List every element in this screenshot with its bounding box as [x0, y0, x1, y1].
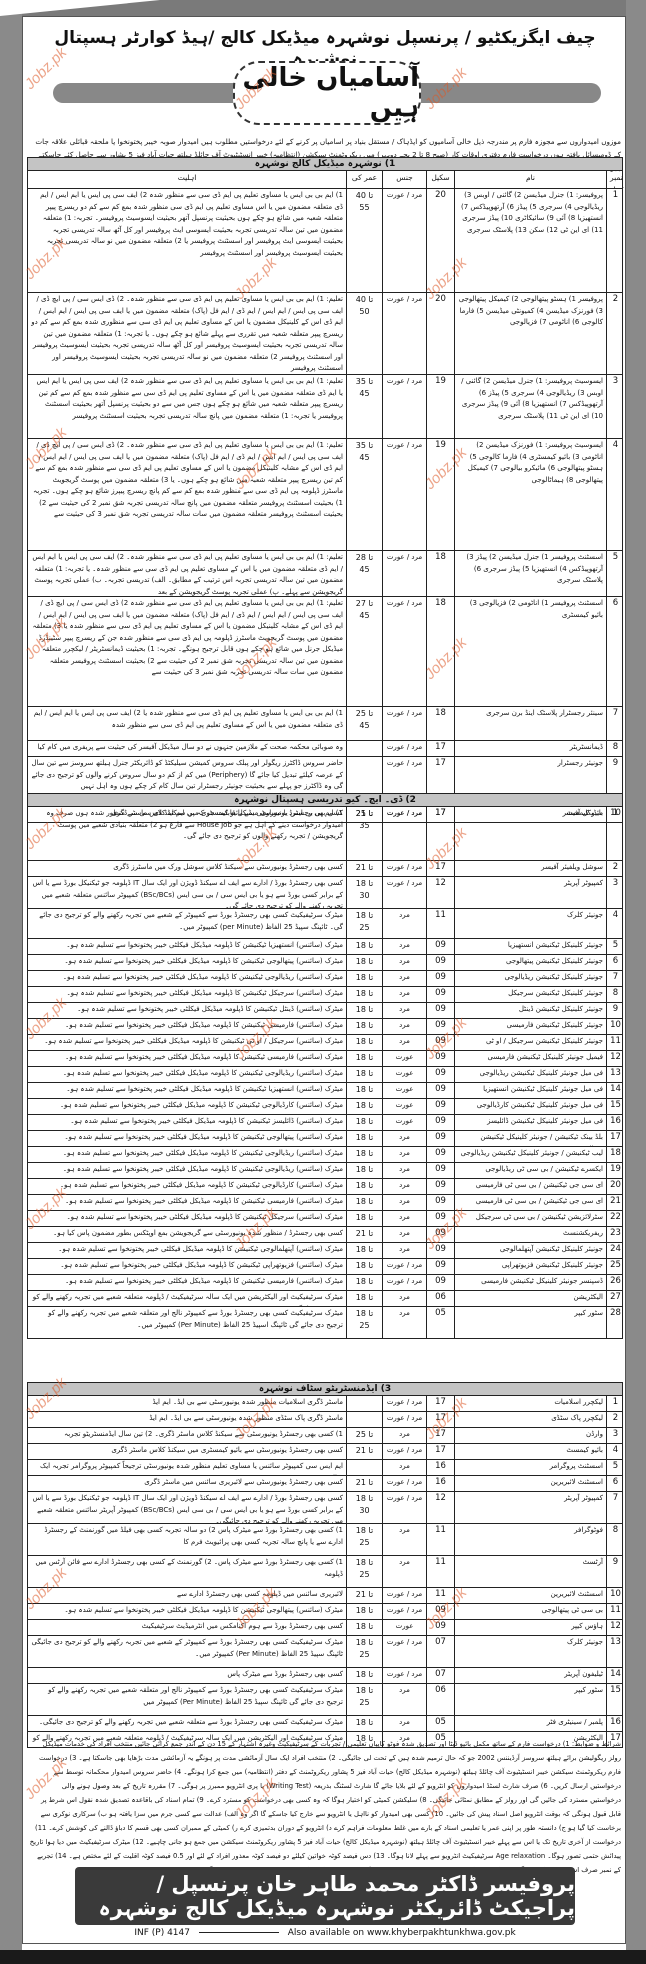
cell-gender: مرد: [382, 987, 426, 1002]
cell-name: فی میل جونیئر کلینیکل ٹیکنیشن ریڈیالوجی: [454, 1067, 606, 1082]
table-row: میٹرک (سائنس) ریڈیالوجی ٹیکنیشن کا ڈپلوم…: [27, 971, 623, 987]
cell-age: 18 تا 30: [346, 1275, 382, 1290]
cell-gender: مرد / عورت: [382, 375, 426, 438]
cell-eligibility: میٹرک (سائنس) پیتھالوجی ٹیکنیشن کا ڈپلوم…: [28, 1131, 346, 1146]
cell-bps: 09: [426, 955, 454, 970]
cell-name: کمپیوٹر آپریٹر: [454, 1492, 606, 1523]
cell-name: جونیئر کلینیکل ٹیکنیشن ڈینٹل: [454, 1003, 606, 1018]
cell-bps: 17: [426, 1444, 454, 1459]
table-row: ایم ایس سی کمپیوٹر سائنس یا مساوی تعلیم …: [27, 1460, 623, 1476]
cell-bps: 09: [426, 987, 454, 1002]
cell-name: جونیئر کلینیکل ٹیکنیشن فزیوتھراپی: [454, 1259, 606, 1274]
divider: [199, 1932, 279, 1933]
cell-bps: 09: [426, 1003, 454, 1018]
cell-gender: مرد: [382, 1291, 426, 1306]
cell-eligibility: میٹرک سرٹیفیکیٹ کسی بھی رجسٹرڈ بورڈ سے ک…: [28, 1307, 346, 1338]
cell-age: 18 تا 30: [346, 1604, 382, 1619]
table-row: میٹرک سرٹیفیکیٹ کسی بھی رجسٹرڈ بورڈ سے م…: [27, 1716, 623, 1732]
cell-bps: 18: [426, 707, 454, 740]
cell-name: جونیئر کلینیکل ٹیکنیشن سرجیکل: [454, 987, 606, 1002]
cell-name: ڈیمانسٹریٹر: [454, 741, 606, 756]
cell-bps: 11: [426, 1524, 454, 1555]
cell-no: 5: [606, 551, 624, 596]
cell-age: 21 تا 30: [346, 861, 382, 876]
cell-age: 18 تا 30: [346, 1115, 382, 1130]
cell-eligibility: میٹرک (سائنس) پیتھالوجی ٹیکنیشن کا ڈپلوم…: [28, 1604, 346, 1619]
table-row: وہ صوبائی محکمہ صحت کے ملازمین جنہوں نے …: [27, 741, 623, 757]
cell-gender: عورت: [382, 1083, 426, 1098]
table-row: تعلیم: 1) ایم بی بی ایس یا مساوی تعلیم پ…: [27, 597, 623, 707]
table-row: میٹرک (سائنس) پیتھالوجی ٹیکنیشن کا ڈپلوم…: [27, 1131, 623, 1147]
cell-bps: 09: [426, 1083, 454, 1098]
cell-gender: مرد / عورت: [382, 1275, 426, 1290]
cell-no: 1: [606, 189, 624, 292]
cell-gender: عورت: [382, 1051, 426, 1066]
cell-age: 18 تا 30: [346, 1003, 382, 1018]
cell-bps: 09: [426, 939, 454, 954]
cell-name: لیکچرر پاک سٹڈی: [454, 1412, 606, 1427]
cell-eligibility: تعلیم: 1) ایم بی بی ایس یا مساوی تعلیم پ…: [28, 439, 346, 550]
cell-eligibility: میٹرک (سائنس) پیتھالوجی ٹیکنیشن کا ڈپلوم…: [28, 955, 346, 970]
table-row: 1) کسی بھی رجسٹرڈ بورڈ سے میٹرک پاس 2) د…: [27, 1524, 623, 1556]
cell-eligibility: تعلیم: 1) ایم بی بی ایس یا مساوی تعلیم پ…: [28, 551, 346, 596]
cell-no: 1: [606, 1396, 624, 1411]
cell-name: اسسٹنٹ لائبریرین: [454, 1588, 606, 1603]
cell-bps: 09: [426, 1147, 454, 1162]
cell-bps: 11: [426, 909, 454, 938]
cell-gender: عورت: [382, 1115, 426, 1130]
cell-age: 21 تا 28: [346, 1227, 382, 1242]
table-row: میٹرک (سائنس) ریڈیالوجی ٹیکنیشن کا ڈپلوم…: [27, 1163, 623, 1179]
cell-no: 8: [606, 1524, 624, 1555]
cell-name: بائیو کیمسٹ: [454, 1444, 606, 1459]
cell-no: 11: [606, 1604, 624, 1619]
cell-bps: 09: [426, 971, 454, 986]
cell-no: 22: [606, 1211, 624, 1226]
cell-bps: 16: [426, 1476, 454, 1491]
section-header: 2) ڈی۔ ایچ۔ کیو تدریسی ہسپتال نوشہرہ: [27, 793, 623, 807]
table-row: میٹرک سرٹیفیکیٹ اور الیکٹریشن میں ایک سا…: [27, 1291, 623, 1307]
cell-gender: مرد: [382, 1307, 426, 1338]
cell-name: فی میل جونیئر کلینیکل ٹیکنیشن کارڈیالوجی: [454, 1099, 606, 1114]
table-row: میٹرک (سائنس) ڈینٹل ٹیکنیشن کا ڈپلومہ می…: [27, 1003, 623, 1019]
availability-link[interactable]: Also available on www.khyberpakhtunkhwa.…: [288, 1928, 516, 1938]
cell-eligibility: 1) کسی بھی رجسٹرڈ بورڈ سے میٹرک پاس۔ 2) …: [28, 1556, 346, 1587]
cell-bps: 07: [426, 1668, 454, 1683]
cell-age: 18 تا 30: [346, 1211, 382, 1226]
cell-age: 18 تا 30: [346, 1179, 382, 1194]
cell-eligibility: کسی بھی رجسٹرڈ بورڈ / ادارے سے ایف اے سی…: [28, 877, 346, 908]
cell-gender: مرد: [382, 971, 426, 986]
table-row: 1) ایم بی بی ایس یا مساوی تعلیم پی ایم ڈ…: [27, 189, 623, 293]
cell-name: سٹرلائزیشن ٹیکنیشن / بی سی ٹی سرجیکل: [454, 1211, 606, 1226]
cell-age: 18 تا 30: [346, 1716, 382, 1731]
cell-name: فوٹوگرافر: [454, 1524, 606, 1555]
cell-age: 18 تا 30: [346, 1259, 382, 1274]
column-header-row: اہلیتعمر کی حدجنسسکیلنامنمبر شمار: [27, 171, 623, 189]
cell-eligibility: میٹرک سرٹیفیکیٹ اور الیکٹریشن میں ایک سا…: [28, 1291, 346, 1306]
cell-bps: 17: [426, 1412, 454, 1427]
table-row: میٹرک (سائنس) کارڈیالوجی ٹیکنیشن کا ڈپلو…: [27, 1179, 623, 1195]
cell-eligibility: تعلیم: 1) ایم بی بی ایس یا مساوی تعلیم پ…: [28, 293, 346, 374]
cell-bps: 09: [426, 1115, 454, 1130]
cell-no: 7: [606, 707, 624, 740]
cell-name: میڈیکل آفیسر: [454, 807, 606, 860]
cell-no: 8: [606, 741, 624, 756]
cell-eligibility: میٹرک سرٹیفیکیٹ کسی بھی رجسٹرڈ بورڈ سے ک…: [28, 1636, 346, 1667]
table-row: تعلیم: 1) ایم بی بی ایس یا مساوی تعلیم پ…: [27, 375, 623, 439]
cell-eligibility: میٹرک (سائنس) انستھیزیا ٹیکنیشن کا ڈپلوم…: [28, 1083, 346, 1098]
cell-name: کمپیوٹر آپریٹر: [454, 877, 606, 908]
cell-eligibility: 1) کسی بھی رجسٹرڈ یونیورسٹی سے سیکنڈ کلا…: [28, 1428, 346, 1443]
cell-no: 5: [606, 1460, 624, 1475]
cell-gender: مرد / عورت: [382, 861, 426, 876]
cell-no: 5: [606, 939, 624, 954]
cell-bps: 19: [426, 439, 454, 550]
cell-no: 25: [606, 1259, 624, 1274]
cell-bps: 09: [426, 1227, 454, 1242]
cell-no: 28: [606, 1307, 624, 1338]
cell-gender: مرد / عورت: [382, 1259, 426, 1274]
table-row: ماسٹر ڈگری اسلامیات منظور شدہ یونیورسٹی …: [27, 1396, 623, 1412]
cell-age: 18 تا 30: [346, 939, 382, 954]
cell-age: 18 تا 30: [346, 1083, 382, 1098]
cell-bps: 05: [426, 1307, 454, 1338]
cell-gender: مرد: [382, 1131, 426, 1146]
header-bps: سکیل: [426, 171, 454, 188]
cell-name: جونیئر کلرک: [454, 909, 606, 938]
cell-age: 18 تا 30: [346, 955, 382, 970]
cell-gender: مرد / عورت: [382, 439, 426, 550]
cell-eligibility: میٹرک (سائنس) آپتھلمالوجی ٹیکنیشن کا ڈپل…: [28, 1243, 346, 1258]
cell-name: فیمیل جونیئر کلینیکل ٹیکنیشن فارمیسی: [454, 1051, 606, 1066]
cell-eligibility: میٹرک (سائنس) ڈائلیسز ٹیکنیشن کا ڈپلومہ …: [28, 1115, 346, 1130]
table-row: 1) کسی بھی رجسٹرڈ یونیورسٹی سے سیکنڈ کلا…: [27, 1428, 623, 1444]
table-row: کسی بھی رجسٹرڈ بورڈ / ادارے سے ایف اے سی…: [27, 1492, 623, 1524]
cell-name: اسسٹنٹ پروگرامر: [454, 1460, 606, 1475]
cell-no: 11: [606, 1035, 624, 1050]
cell-no: 7: [606, 1492, 624, 1523]
cell-name: جونیئر کلینیکل ٹیکنیشن انستھیزیا: [454, 939, 606, 954]
cell-name: ڈسپنسر جونیئر کلینیکل ٹیکنیشن فارمیسی: [454, 1275, 606, 1290]
cell-bps: 18: [426, 597, 454, 706]
cell-bps: 09: [426, 1211, 454, 1226]
cell-bps: 09: [426, 1051, 454, 1066]
cell-no: 3: [606, 1428, 624, 1443]
table-row: میٹرک (سائنس) ریڈیالوجی ٹیکنیشن کا ڈپلوم…: [27, 1147, 623, 1163]
cell-no: 3: [606, 375, 624, 438]
table-row: کسی بھی رجسٹرڈ / منظور شدہ یونیورسٹی سے …: [27, 1227, 623, 1243]
cell-no: 6: [606, 955, 624, 970]
cell-no: 15: [606, 1099, 624, 1114]
cell-name: جونیئر کلینیکل ٹیکنیشن ریڈیالوجی: [454, 971, 606, 986]
cell-bps: 11: [426, 1588, 454, 1603]
cell-gender: مرد / عورت: [382, 1588, 426, 1603]
cell-no: 23: [606, 1227, 624, 1242]
cell-name: لیکچرر اسلامیات: [454, 1396, 606, 1411]
cell-eligibility: کسی بھی رجسٹرڈ یونیورسٹی سے بائیو کیمسٹر…: [28, 1444, 346, 1459]
cell-name: پروفیسر: 1) جنرل میڈیسن 2) گائنی / اوبس …: [454, 189, 606, 292]
cell-bps: 12: [426, 877, 454, 908]
cell-name: سٹور کیپر: [454, 1307, 606, 1338]
cell-no: 2: [606, 1412, 624, 1427]
cell-bps: 09: [426, 1620, 454, 1635]
cell-eligibility: ایم ایس سی کمپیوٹر سائنس یا مساوی تعلیم …: [28, 1460, 346, 1475]
cell-name: سوشل ویلفیئر آفیسر: [454, 861, 606, 876]
cell-gender: مرد: [382, 1460, 426, 1475]
cell-eligibility: میٹرک (سائنس) فارمیسی ٹیکنیشن کا ڈپلومہ …: [28, 1051, 346, 1066]
cell-eligibility: میٹرک (سائنس) ریڈیالوجی ٹیکنیشن کا ڈپلوم…: [28, 1163, 346, 1178]
cell-age: 40 تا 55: [346, 189, 382, 292]
cell-no: 14: [606, 1083, 624, 1098]
cell-name: ٹیلیفون آپریٹر: [454, 1668, 606, 1683]
header-no: نمبر شمار: [606, 171, 624, 188]
table-row: میٹرک (سائنس) فارمیسی ٹیکنیشن کا ڈپلومہ …: [27, 1275, 623, 1291]
cell-name: ہاؤس کیپر: [454, 1620, 606, 1635]
cell-no: 27: [606, 1291, 624, 1306]
cell-gender: مرد / عورت: [382, 1636, 426, 1667]
cell-eligibility: کسی بھی رجسٹرڈ بورڈ سے میٹرک پاس: [28, 1668, 346, 1683]
cell-name: پلمبر / سینیٹری فٹر: [454, 1716, 606, 1731]
cell-eligibility: 1) ایم بی بی ایس یا مساوی میڈیکل قابلیت …: [28, 807, 346, 860]
table-row: میٹرک (سائنس) انستھیزیا ٹیکنیشن کا ڈپلوم…: [27, 939, 623, 955]
cell-gender: عورت: [382, 1067, 426, 1082]
cell-age: 40 تا 50: [346, 293, 382, 374]
cell-eligibility: میٹرک (سائنس) ریڈیالوجی ٹیکنیشن کا ڈپلوم…: [28, 971, 346, 986]
cell-gender: مرد: [382, 1428, 426, 1443]
cell-gender: مرد / عورت: [382, 1476, 426, 1491]
table-row: میٹرک (سائنس) سرجیکل ٹیکنیشن کا ڈپلومہ م…: [27, 987, 623, 1003]
cell-gender: مرد: [382, 1716, 426, 1731]
cell-bps: 09: [426, 1131, 454, 1146]
cell-name: آرٹسٹ: [454, 1556, 606, 1587]
cell-name: اسسٹنٹ پروفیسر 1) اناٹومی 2) فزیالوجی 3)…: [454, 597, 606, 706]
cell-eligibility: میٹرک (سائنس) فارمیسی ٹیکنیشن کا ڈپلومہ …: [28, 1195, 346, 1210]
cell-name: وارڈن: [454, 1428, 606, 1443]
cell-age: 25 تا 35: [346, 1428, 382, 1443]
cell-name: ای سی جی ٹیکنیشن / بی سی ٹی فارمیسی: [454, 1195, 606, 1210]
cell-name: اسسٹنٹ لائبریرین: [454, 1476, 606, 1491]
cell-no: 6: [606, 1476, 624, 1491]
cell-eligibility: میٹرک (سائنس) کارڈیالوجی ٹیکنیشن کا ڈپلو…: [28, 1179, 346, 1194]
cell-eligibility: میٹرک (سائنس) ریڈیالوجی ٹیکنیشن کا ڈپلوم…: [28, 1147, 346, 1162]
table-row: کسی بھی رجسٹرڈ یونیورسٹی سے لائبریری سائ…: [27, 1476, 623, 1492]
cell-bps: 17: [426, 1428, 454, 1443]
cell-eligibility: کسی بھی رجسٹرڈ بورڈ سے ہوم اکنامکس میں ا…: [28, 1620, 346, 1635]
table-row: کسی بھی رجسٹرڈ یونیورسٹی سے بائیو کیمسٹر…: [27, 1444, 623, 1460]
cell-no: 10: [606, 1019, 624, 1034]
terms-and-conditions: شرائط و ضوابط: 1) درخواست فارم کے ساتھ م…: [29, 1737, 621, 1877]
cell-gender: مرد: [382, 1211, 426, 1226]
cell-age: 18 تا 30: [346, 877, 382, 908]
cell-age: 18 تا 30: [346, 1243, 382, 1258]
cell-gender: مرد: [382, 1179, 426, 1194]
cell-age: 18 تا 30: [346, 987, 382, 1002]
cell-gender: عورت: [382, 1099, 426, 1114]
cell-gender: مرد: [382, 1147, 426, 1162]
cell-bps: 17: [426, 807, 454, 860]
cell-name: ایکسرے ٹیکنیشن / بی سی ٹی ریڈیالوجی: [454, 1163, 606, 1178]
cell-gender: مرد: [382, 1243, 426, 1258]
cell-name: جونیئر کلینیکل ٹیکنیشن فارمیسی: [454, 1019, 606, 1034]
table-row: میٹرک (سائنس) ریڈیالوجی ٹیکنیشن کا ڈپلوم…: [27, 1067, 623, 1083]
cell-name: سٹور کیپر: [454, 1684, 606, 1715]
cell-no: 13: [606, 1067, 624, 1082]
cell-gender: مرد / عورت: [382, 293, 426, 374]
signature-block: پروفیسر ڈاکٹر محمد طاہر خان پرنسپل / پرا…: [75, 1867, 575, 1925]
cell-age: 18 تا 25: [346, 1147, 382, 1162]
cell-eligibility: کسی بھی رجسٹرڈ یونیورسٹی سے لائبریری سائ…: [28, 1476, 346, 1491]
cell-age: [346, 741, 382, 756]
cell-bps: 09: [426, 1259, 454, 1274]
cell-name: ایسوسیٹ پروفیسر: 1) جنرل میڈیسن 2) گائنی…: [454, 375, 606, 438]
cell-age: [346, 1396, 382, 1411]
cell-eligibility: لائبریری سائنس میں ڈپلومہ کسی بھی رجسٹرڈ…: [28, 1588, 346, 1603]
cell-age: 35 تا 45: [346, 375, 382, 438]
cell-bps: 05: [426, 1716, 454, 1731]
cell-age: [346, 1460, 382, 1475]
cell-gender: مرد / عورت: [382, 1396, 426, 1411]
cell-age: 18 تا 25: [346, 1307, 382, 1338]
cell-age: 18 تا 25: [346, 1636, 382, 1667]
cell-age: 18 تا 30: [346, 1492, 382, 1523]
cell-bps: 09: [426, 1067, 454, 1082]
cell-age: 18 تا 25: [346, 1524, 382, 1555]
cell-bps: 09: [426, 1099, 454, 1114]
table-row: لائبریری سائنس میں ڈپلومہ کسی بھی رجسٹرڈ…: [27, 1588, 623, 1604]
cell-age: 18 تا 30: [346, 1035, 382, 1050]
cell-no: 15: [606, 1684, 624, 1715]
cell-name: ای سی جی ٹیکنیشن / بی سی ٹی فارمیسی: [454, 1179, 606, 1194]
cell-eligibility: 1) کسی بھی رجسٹرڈ بورڈ سے میٹرک پاس 2) د…: [28, 1524, 346, 1555]
cell-bps: 09: [426, 1179, 454, 1194]
cell-age: 18 تا 30: [346, 1195, 382, 1210]
cell-no: 13: [606, 1636, 624, 1667]
cell-name: بلڈ بینک ٹیکنیشن / جونیئر کلینیکل ٹیکنیش…: [454, 1131, 606, 1146]
cell-age: 21 تا 32: [346, 1476, 382, 1491]
table-row: میٹرک (سائنس) کارڈیالوجی ٹیکنیشن کا ڈپلو…: [27, 1099, 623, 1115]
table-row: میٹرک سرٹیفیکیٹ کسی بھی رجسٹرڈ بورڈ سے ک…: [27, 1307, 623, 1339]
cell-bps: 09: [426, 1035, 454, 1050]
table-row: میٹرک (سائنس) فارمیسی ٹیکنیشن کا ڈپلومہ …: [27, 1051, 623, 1067]
table-row: کسی بھی رجسٹرڈ بورڈ / ادارے سے ایف اے سی…: [27, 877, 623, 909]
table-row: کسی بھی رجسٹرڈ بورڈ سے میٹرک پاس18 تا 25…: [27, 1668, 623, 1684]
cell-no: 7: [606, 971, 624, 986]
cell-no: 9: [606, 1556, 624, 1587]
cell-age: 25 تا 45: [346, 707, 382, 740]
cell-name: لیب ٹیکنیشن / جونیئر کلینیکل ٹیکنیشن ریڈ…: [454, 1147, 606, 1162]
cell-age: 18 تا 25: [346, 909, 382, 938]
section-header: 1) نوشہرہ میڈیکل کالج نوشہرہ: [27, 157, 623, 171]
table-row: 1) ایم بی بی ایس یا مساوی میڈیکل قابلیت …: [27, 807, 623, 861]
header-name: نام: [454, 171, 606, 188]
cell-gender: مرد: [382, 909, 426, 938]
cell-name: ایسوسیٹ پروفیسر: 1) فورنزک میڈیسن 2) انا…: [454, 439, 606, 550]
frame-bottom: [0, 1950, 646, 1964]
cell-age: 18 تا 45: [346, 1620, 382, 1635]
cell-gender: مرد / عورت: [382, 597, 426, 706]
cell-age: 21 تا 32: [346, 1444, 382, 1459]
cell-eligibility: میٹرک (سائنس) سرجیکل / او ٹی ٹیکنیشن کا …: [28, 1035, 346, 1050]
cell-bps: 09: [426, 1275, 454, 1290]
cell-eligibility: میٹرک سرٹیفیکیٹ کسی بھی رجسٹرڈ بورڈ سے ک…: [28, 909, 346, 938]
cell-gender: مرد / عورت: [382, 1444, 426, 1459]
table-row: میٹرک سرٹیفیکیٹ کسی بھی رجسٹرڈ بورڈ سے ک…: [27, 909, 623, 939]
cell-bps: 16: [426, 1460, 454, 1475]
cell-no: 8: [606, 987, 624, 1002]
table-row: میٹرک (سائنس) سرجیکل / او ٹی ٹیکنیشن کا …: [27, 1035, 623, 1051]
cell-gender: مرد: [382, 1019, 426, 1034]
cell-bps: 20: [426, 189, 454, 292]
cell-gender: مرد: [382, 1524, 426, 1555]
cell-gender: مرد: [382, 955, 426, 970]
cell-gender: مرد: [382, 1035, 426, 1050]
cell-eligibility: 1) ایم بی بی ایس یا مساوی تعلیم پی ایم ڈ…: [28, 189, 346, 292]
cell-eligibility: میٹرک (سائنس) سرجیکل ٹیکنیشن کا ڈپلومہ م…: [28, 1211, 346, 1226]
cell-gender: مرد / عورت: [382, 807, 426, 860]
section-header: 3) ایڈمنسٹریٹو سٹاف نوشہرہ: [27, 1382, 623, 1396]
cell-name: الیکٹریشن: [454, 1291, 606, 1306]
cell-eligibility: میٹرک (سائنس) ڈینٹل ٹیکنیشن کا ڈپلومہ می…: [28, 1003, 346, 1018]
header-gender: جنس: [382, 171, 426, 188]
cell-gender: مرد / عورت: [382, 1668, 426, 1683]
cell-gender: عورت: [382, 1620, 426, 1635]
cell-age: 18 تا 25: [346, 1163, 382, 1178]
cell-bps: 17: [426, 741, 454, 756]
table-row: کسی بھی رجسٹرڈ یونیورسٹی سے سیکنڈ کلاس س…: [27, 861, 623, 877]
cell-bps: 09: [426, 1019, 454, 1034]
cell-bps: 17: [426, 861, 454, 876]
cell-name: فی میل جونیئر کلینیکل ٹیکنیشن ڈائلیسز: [454, 1115, 606, 1130]
cell-eligibility: میٹرک (سائنس) فارمیسی ٹیکنیشن کا ڈپلومہ …: [28, 1275, 346, 1290]
cell-name: اسسٹنٹ پروفیسر 1) جنرل میڈیسن 2) پیڈز 3)…: [454, 551, 606, 596]
table-row: میٹرک (سائنس) آپتھلمالوجی ٹیکنیشن کا ڈپل…: [27, 1243, 623, 1259]
cell-gender: مرد / عورت: [382, 551, 426, 596]
cell-age: 18 تا 30: [346, 1291, 382, 1306]
cell-eligibility: میٹرک (سائنس) ریڈیالوجی ٹیکنیشن کا ڈپلوم…: [28, 1067, 346, 1082]
cell-no: 10: [606, 1588, 624, 1603]
vacancies-banner: آسامیاں خالی ہیں: [233, 61, 421, 125]
cell-bps: 07: [426, 1636, 454, 1667]
cell-age: 35 تا 45: [346, 439, 382, 550]
cell-eligibility: میٹرک (سائنس) کارڈیالوجی ٹیکنیشن کا ڈپلو…: [28, 1099, 346, 1114]
cell-no: 1: [606, 807, 624, 860]
cell-age: 28 تا 45: [346, 551, 382, 596]
cell-bps: 09: [426, 1195, 454, 1210]
cell-age: 18 تا 30: [346, 1067, 382, 1082]
advertisement-page: چیف ایگزیکٹیو / پرنسپل نوشہرہ میڈیکل کال…: [22, 16, 626, 1944]
cell-no: 17: [606, 1131, 624, 1146]
cell-no: 9: [606, 1003, 624, 1018]
cell-eligibility: میٹرک (سائنس) فارمیسی ٹیکنیشن کا ڈپلومہ …: [28, 1019, 346, 1034]
cell-no: 3: [606, 877, 624, 908]
cell-no: 4: [606, 1444, 624, 1459]
cell-age: 18 تا 30: [346, 971, 382, 986]
table-row: کسی بھی رجسٹرڈ بورڈ سے ہوم اکنامکس میں ا…: [27, 1620, 623, 1636]
cell-age: 18 تا 30: [346, 1099, 382, 1114]
table-row: تعلیم: 1) ایم بی بی ایس یا مساوی تعلیم پ…: [27, 293, 623, 375]
table-row: تعلیم: 1) ایم بی بی ایس یا مساوی تعلیم پ…: [27, 439, 623, 551]
footer: INF (P) 4147 Also available on www.khybe…: [23, 1928, 627, 1938]
frame-right: [626, 0, 646, 1964]
cell-eligibility: کسی بھی رجسٹرڈ بورڈ / ادارے سے ایف اے سی…: [28, 1492, 346, 1523]
cell-eligibility: میٹرک (سائنس) فزیوتھراپی ٹیکنیشن کا ڈپلو…: [28, 1259, 346, 1274]
cell-no: 18: [606, 1147, 624, 1162]
cell-gender: مرد: [382, 1003, 426, 1018]
cell-eligibility: میٹرک (سائنس) انستھیزیا ٹیکنیشن کا ڈپلوم…: [28, 939, 346, 954]
header-eligibility: اہلیت: [28, 171, 346, 188]
cell-eligibility: تعلیم: 1) ایم بی بی ایس یا مساوی تعلیم پ…: [28, 597, 346, 706]
